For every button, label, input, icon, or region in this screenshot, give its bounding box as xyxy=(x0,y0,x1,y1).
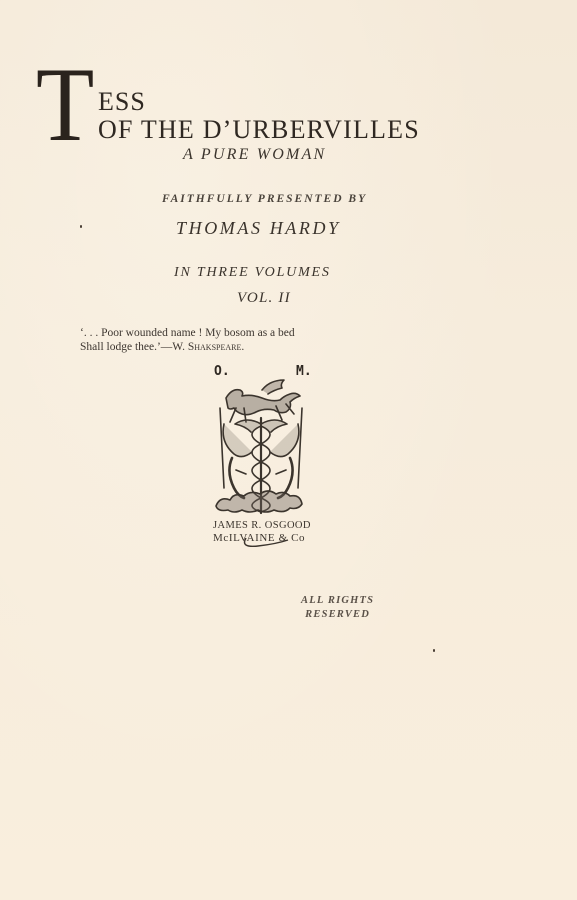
rights-line-2: RESERVED xyxy=(301,608,374,622)
epigraph-line-2: Shall lodge thee.’—W. Shakspeare. xyxy=(80,340,295,354)
rights-line-1: ALL RIGHTS xyxy=(301,594,374,608)
title-page: T ESS OF THE D’URBERVILLES A PURE WOMAN … xyxy=(0,0,577,900)
volumes-line: IN THREE VOLUMES xyxy=(174,265,331,281)
subtitle: A PURE WOMAN xyxy=(183,146,326,164)
epigraph: ‘. . . Poor wounded name ! My bosom as a… xyxy=(80,326,295,354)
rights-notice: ALL RIGHTS RESERVED xyxy=(301,594,374,622)
epigraph-attribution: Shakspeare. xyxy=(188,341,244,353)
epigraph-line-1: ‘. . . Poor wounded name ! My bosom as a… xyxy=(80,326,295,340)
title-first-word-rest: ESS xyxy=(98,87,146,117)
presented-by-line: FAITHFULLY PRESENTED BY xyxy=(162,193,367,205)
monogram-left: O. xyxy=(214,364,230,379)
paper-speck xyxy=(80,225,82,228)
device-line-2: McILVAINE & Co xyxy=(213,532,305,544)
paper-speck xyxy=(433,649,435,652)
pegasus-caduceus-printers-device-icon: JAMES R. OSGOOD McILVAINE & Co xyxy=(206,378,316,548)
publisher-device: JAMES R. OSGOOD McILVAINE & Co xyxy=(206,378,316,548)
device-line-1: JAMES R. OSGOOD xyxy=(213,520,311,531)
author-name: THOMAS HARDY xyxy=(176,218,341,239)
title-drop-cap: T xyxy=(36,52,94,158)
title-second-line: OF THE D’URBERVILLES xyxy=(98,115,420,145)
volume-number: VOL. II xyxy=(237,290,291,307)
epigraph-line-2-text: Shall lodge thee.’—W. xyxy=(80,341,188,353)
monogram-right: M. xyxy=(296,364,312,379)
